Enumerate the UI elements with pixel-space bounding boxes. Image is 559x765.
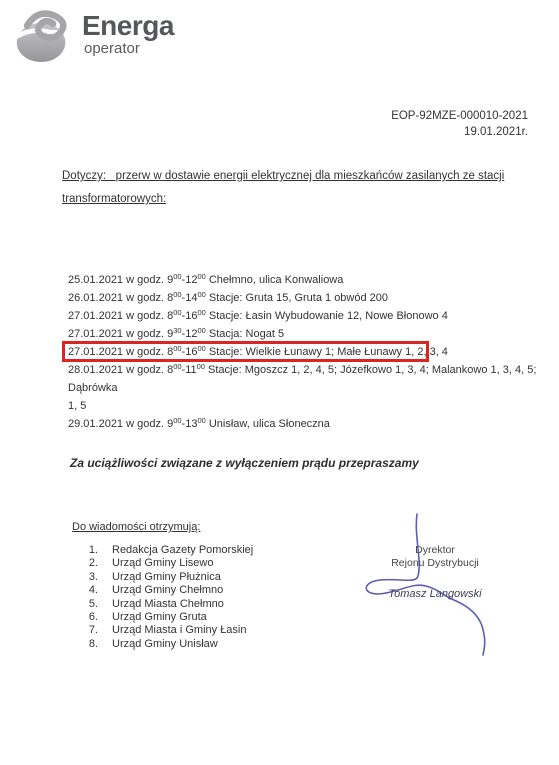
distribution-item: 5.Urząd Miasta Chełmno bbox=[72, 598, 253, 611]
outage-list: 25.01.2021 w godz. 900-1200 Chełmno, uli… bbox=[68, 271, 559, 433]
distribution-item: 3.Urząd Gminy Płużnica bbox=[72, 571, 253, 584]
outage-text: 26.01.2021 w godz. 800-1400 Stacje: Grut… bbox=[68, 292, 388, 304]
outage-row: 25.01.2021 w godz. 900-1200 Chełmno, uli… bbox=[68, 271, 559, 289]
document-reference: EOP-92MZE-000010-2021 bbox=[391, 108, 528, 124]
outage-text: 27.01.2021 w godz. 930-1200 Stacja: Noga… bbox=[68, 328, 284, 340]
distribution-item: 4.Urząd Gminy Chełmno bbox=[72, 584, 253, 597]
signer-title: Dyrektor bbox=[355, 544, 515, 557]
distribution-item: 8.Urząd Gminy Unisław bbox=[72, 638, 253, 651]
subject-line1: Dotyczy: przerw w dostawie energii elekt… bbox=[62, 170, 504, 182]
signer-name: Tomasz Langowski bbox=[355, 588, 515, 601]
energa-logo: Energa operator bbox=[14, 6, 174, 64]
outage-text: 28.01.2021 w godz. 800-1100 Stacje: Mgos… bbox=[68, 364, 536, 394]
reference-block: EOP-92MZE-000010-2021 19.01.2021r. bbox=[391, 108, 528, 140]
subject-line2: transformatorowych: bbox=[62, 193, 166, 205]
distribution-heading: Do wiadomości otrzymują: bbox=[72, 521, 253, 533]
outage-text: 27.01.2021 w godz. 800-1600 Stacje: Łasi… bbox=[68, 310, 448, 322]
outage-text-wrap: 1, 5 bbox=[68, 397, 559, 415]
document-page: Energa operator EOP-92MZE-000010-2021 19… bbox=[0, 0, 559, 765]
outage-row: 27.01.2021 w godz. 930-1200 Stacja: Noga… bbox=[68, 325, 559, 343]
outage-row: 26.01.2021 w godz. 800-1400 Stacje: Grut… bbox=[68, 289, 559, 307]
subject: Dotyczy: przerw w dostawie energii elekt… bbox=[62, 165, 542, 211]
distribution-list: 1.Redakcja Gazety Pomorskiej2.Urząd Gmin… bbox=[72, 544, 253, 651]
brand-subtitle: operator bbox=[84, 41, 174, 57]
document-date: 19.01.2021r. bbox=[391, 124, 528, 140]
distribution-item: 6.Urząd Gminy Gruta bbox=[72, 611, 253, 624]
outage-row: 27.01.2021 w godz. 800-1600 Stacje: Wiel… bbox=[68, 343, 559, 361]
distribution-item: 1.Redakcja Gazety Pomorskiej bbox=[72, 544, 253, 557]
signer-unit: Rejonu Dystrybucji bbox=[355, 557, 515, 570]
outage-text: 27.01.2021 w godz. 800-1600 Stacje: Wiel… bbox=[68, 346, 448, 358]
brand-name: Energa bbox=[82, 12, 174, 40]
energa-sphere-icon bbox=[14, 6, 70, 64]
outage-row: 27.01.2021 w godz. 800-1600 Stacje: Łasi… bbox=[68, 307, 559, 325]
signature-block: Dyrektor Rejonu Dystrybucji Tomasz Lango… bbox=[355, 544, 515, 601]
outage-text: 29.01.2021 w godz. 900-1300 Unisław, uli… bbox=[68, 418, 330, 430]
distribution: Do wiadomości otrzymują: 1.Redakcja Gaze… bbox=[72, 521, 253, 651]
outage-row: 29.01.2021 w godz. 900-1300 Unisław, uli… bbox=[68, 415, 559, 433]
logo-text: Energa operator bbox=[82, 12, 174, 57]
outage-text: 25.01.2021 w godz. 900-1200 Chełmno, uli… bbox=[68, 274, 343, 286]
distribution-item: 2.Urząd Gminy Lisewo bbox=[72, 557, 253, 570]
apology-line: Za uciążliwości związane z wyłączeniem p… bbox=[70, 456, 419, 470]
outage-row: 28.01.2021 w godz. 800-1100 Stacje: Mgos… bbox=[68, 361, 559, 415]
distribution-item: 7.Urząd Miasta i Gminy Łasin bbox=[72, 624, 253, 637]
